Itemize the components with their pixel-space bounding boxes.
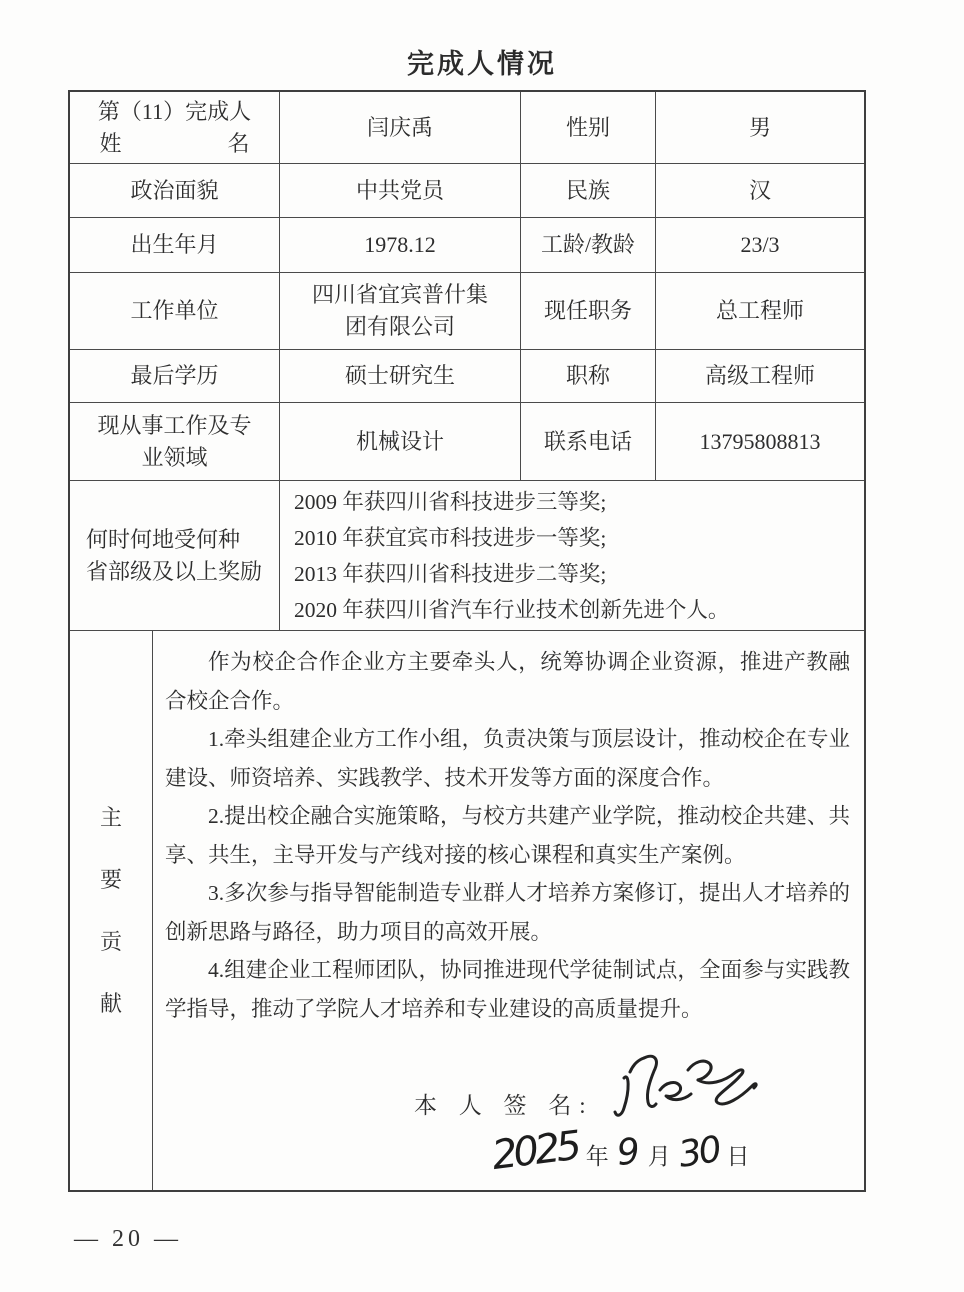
awards-value-cell: 2009 年获四川省科技进步三等奖; 2010 年获宜宾市科技进步一等奖; 20…	[279, 481, 864, 630]
title-label: 职称	[520, 350, 655, 402]
contrib-paragraph-5: 4.组建企业工程师团队，协同推进现代学徒制试点，全面参与实践教学指导，推动了学院…	[165, 951, 850, 1028]
political-value: 中共党员	[279, 164, 520, 217]
gender-label: 性别	[520, 92, 655, 163]
workunit-value-line1: 四川省宜宾普什集	[312, 279, 488, 311]
table-row-birth: 出生年月 1978.12 工龄/教龄 23/3	[70, 217, 864, 272]
signature-date-day: 30	[676, 1131, 721, 1175]
contrib-paragraph-3: 2.提出校企融合实施策略，与校方共建产业学院，推动校企共建、共享、共生，主导开发…	[165, 797, 850, 874]
ethnicity-label: 民族	[520, 164, 655, 217]
education-label: 最后学历	[70, 350, 279, 402]
signature-date-month: 9	[615, 1133, 641, 1173]
table-row-education: 最后学历 硕士研究生 职称 高级工程师	[70, 349, 864, 402]
signature-date-line: 2025 年 9 月 30 日	[414, 1132, 844, 1177]
awards-label-cell: 何时何地受何种 省部级及以上奖励	[70, 481, 279, 630]
name-label-char-b: 名	[227, 128, 249, 160]
contrib-paragraph-4: 3.多次参与指导智能制造专业群人才培养方案修订，提出人才培养的创新思路与路径，助…	[165, 874, 850, 951]
ethnicity-value: 汉	[655, 164, 864, 217]
awards-label-line2: 省部级及以上奖励	[86, 556, 262, 588]
award-item-4: 2020 年获四川省汽车行业技术创新先进个人。	[294, 592, 729, 628]
phone-value: 13795808813	[655, 403, 864, 480]
table-row-name: 第（11）完成人 姓 名 闫庆禹 性别 男	[70, 92, 864, 163]
work-years-value: 23/3	[655, 218, 864, 272]
table-row-contributions: 主 要 贡 献 作为校企合作企业方主要牵头人，统筹协调企业资源，推进产教融合校企…	[70, 630, 864, 1190]
workunit-value: 四川省宜宾普什集 团有限公司	[279, 273, 520, 349]
political-label: 政治面貌	[70, 164, 279, 217]
page-title: 完成人情况	[0, 42, 964, 81]
contrib-label-char-1: 主	[100, 802, 122, 834]
phone-label: 联系电话	[520, 403, 655, 480]
field-label-line2: 业领域	[141, 442, 207, 474]
field-value: 机械设计	[279, 403, 520, 480]
date-month-unit: 月	[648, 1138, 671, 1177]
award-item-3: 2013 年获四川省科技进步二等奖;	[294, 556, 606, 592]
name-label-line2: 姓 名	[100, 128, 250, 160]
gender-value: 男	[655, 92, 864, 163]
workunit-label: 工作单位	[70, 273, 279, 349]
work-years-label: 工龄/教龄	[520, 218, 655, 272]
date-year-unit: 年	[586, 1138, 609, 1177]
handwritten-signature	[596, 1046, 766, 1134]
scanned-document-page: 完成人情况 第（11）完成人 姓 名 闫庆禹 性别 男 政治面貌 中共党员 民族…	[0, 0, 964, 1292]
date-day-unit: 日	[727, 1138, 750, 1177]
field-label-cell: 现从事工作及专 业领域	[70, 403, 279, 480]
table-row-workunit: 工作单位 四川省宜宾普什集 团有限公司 现任职务 总工程师	[70, 272, 864, 349]
education-value: 硕士研究生	[279, 350, 520, 402]
name-value: 闫庆禹	[279, 92, 520, 163]
contrib-paragraph-2: 1.牵头组建企业方工作小组，负责决策与顶层设计，推动校企在专业建设、师资培养、实…	[165, 720, 850, 797]
award-item-1: 2009 年获四川省科技进步三等奖;	[294, 484, 606, 520]
name-label-line1: 第（11）完成人	[98, 96, 251, 128]
signature-line: 本 人 签 名:	[414, 1046, 844, 1132]
signature-date-year: 2025	[490, 1126, 580, 1175]
position-value: 总工程师	[655, 273, 864, 349]
contrib-label-char-4: 献	[100, 988, 122, 1020]
contrib-label-char-2: 要	[100, 864, 122, 896]
table-row-field: 现从事工作及专 业领域 机械设计 联系电话 13795808813	[70, 402, 864, 480]
field-label-line1: 现从事工作及专	[97, 410, 251, 442]
workunit-value-line2: 团有限公司	[345, 311, 455, 343]
name-label-char-a: 姓	[100, 128, 122, 160]
contrib-label-char-3: 贡	[100, 926, 122, 958]
page-number: — 20 —	[74, 1226, 182, 1253]
awards-label-line1: 何时何地受何种	[86, 524, 240, 556]
completer-info-table: 第（11）完成人 姓 名 闫庆禹 性别 男 政治面貌 中共党员 民族 汉 出生年…	[68, 90, 866, 1192]
birth-value: 1978.12	[279, 218, 520, 272]
contrib-paragraph-1: 作为校企合作企业方主要牵头人，统筹协调企业资源，推进产教融合校企合作。	[165, 643, 850, 720]
birth-label: 出生年月	[70, 218, 279, 272]
contributions-content-cell: 作为校企合作企业方主要牵头人，统筹协调企业资源，推进产教融合校企合作。 1.牵头…	[152, 631, 864, 1190]
contributions-label-cell: 主 要 贡 献	[70, 631, 152, 1190]
name-label-cell: 第（11）完成人 姓 名	[70, 92, 279, 163]
signature-block: 本 人 签 名:	[414, 1046, 844, 1177]
table-row-political: 政治面貌 中共党员 民族 汉	[70, 163, 864, 217]
table-row-awards: 何时何地受何种 省部级及以上奖励 2009 年获四川省科技进步三等奖; 2010…	[70, 480, 864, 630]
position-label: 现任职务	[520, 273, 655, 349]
title-value: 高级工程师	[655, 350, 864, 402]
award-item-2: 2010 年获宜宾市科技进步一等奖;	[294, 520, 606, 556]
